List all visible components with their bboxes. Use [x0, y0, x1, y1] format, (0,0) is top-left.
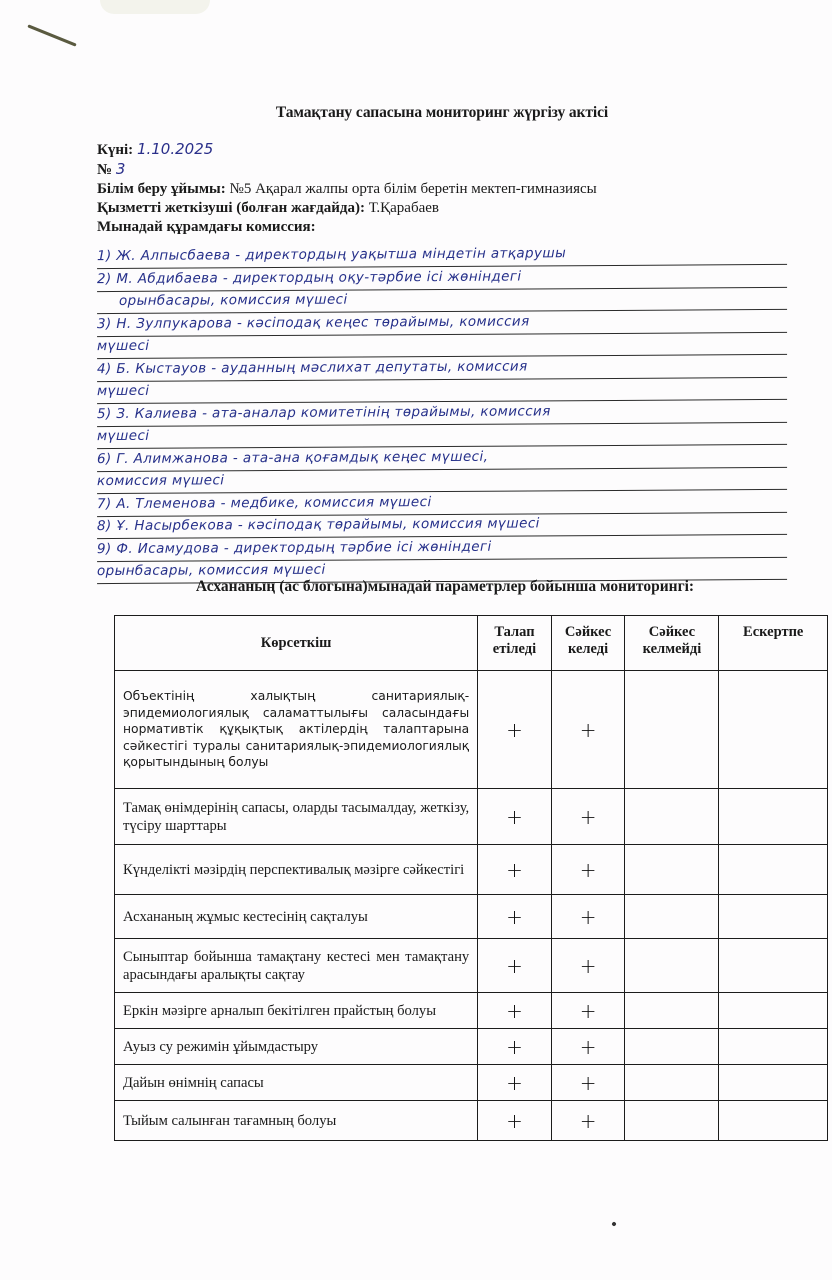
number-row: № 3 — [97, 160, 597, 180]
table-row: Асхананың жұмыс кестесінің сақталуы++ — [115, 895, 828, 939]
non-compliant-cell — [625, 845, 719, 895]
compliant-cell: + — [551, 939, 625, 993]
ink-speck — [611, 1221, 617, 1227]
commission-label: Мынадай құрамдағы комиссия: — [97, 219, 316, 235]
required-cell: + — [478, 1101, 551, 1141]
indicator-cell: Еркін мәзірге арналып бекітілген прайсты… — [115, 993, 478, 1029]
header-note: Ескертпе — [719, 616, 828, 671]
required-cell: + — [478, 789, 551, 845]
note-cell — [719, 1029, 828, 1065]
commission-list: 1) Ж. Алпысбаева - директордың уақытша м… — [97, 244, 787, 582]
non-compliant-cell — [625, 1029, 719, 1065]
indicator-cell: Тыйым салынған тағамның болуы — [115, 1101, 478, 1141]
document-meta: Күні: 1.10.2025 № 3 Білім беру ұйымы: №5… — [97, 140, 597, 237]
table-row: Тамақ өнімдерінің сапасы, оларды тасымал… — [115, 789, 828, 845]
compliant-cell: + — [551, 789, 625, 845]
indicator-cell: Тамақ өнімдерінің сапасы, оларды тасымал… — [115, 789, 478, 845]
compliant-cell: + — [551, 895, 625, 939]
non-compliant-cell — [625, 939, 719, 993]
organization-row: Білім беру ұйымы: №5 Ақарал жалпы орта б… — [97, 180, 597, 199]
note-cell — [719, 939, 828, 993]
supplier-value: Т.Қарабаев — [369, 200, 439, 216]
organization-label: Білім беру ұйымы: — [97, 181, 226, 197]
indicator-cell: Күнделікті мәзірдің перспективалық мәзір… — [115, 845, 478, 895]
date-label: Күні: — [97, 142, 133, 158]
document-title: Тамақтану сапасына мониторинг жүргізу ак… — [0, 104, 832, 122]
required-cell: + — [478, 845, 551, 895]
organization-value: №5 Ақарал жалпы орта білім беретін мекте… — [230, 181, 597, 197]
table-row: Объектінің халықтың санитариялық-эпидеми… — [115, 671, 828, 789]
compliant-cell: + — [551, 1065, 625, 1101]
date-value: 1.10.2025 — [137, 140, 213, 158]
required-cell: + — [478, 895, 551, 939]
compliant-cell: + — [551, 845, 625, 895]
note-cell — [719, 671, 828, 789]
pen-mark — [27, 24, 76, 46]
table-row: Еркін мәзірге арналып бекітілген прайсты… — [115, 993, 828, 1029]
indicator-cell: Сыныптар бойынша тамақтану кестесі мен т… — [115, 939, 478, 993]
table-header-row: Көрсеткіш Талап етіледі Сәйкес келеді Сә… — [115, 616, 828, 671]
required-cell: + — [478, 1029, 551, 1065]
compliant-cell: + — [551, 1029, 625, 1065]
header-required: Талап етіледі — [478, 616, 551, 671]
header-non-compliant: Сәйкес келмейді — [625, 616, 719, 671]
table-row: Дайын өнімнің сапасы++ — [115, 1065, 828, 1101]
non-compliant-cell — [625, 671, 719, 789]
table-row: Ауыз су режимін ұйымдастыру++ — [115, 1029, 828, 1065]
number-label: № — [97, 162, 112, 178]
header-compliant: Сәйкес келеді — [551, 616, 625, 671]
monitoring-table: Көрсеткіш Талап етіледі Сәйкес келеді Сә… — [114, 615, 828, 1141]
commission-label-row: Мынадай құрамдағы комиссия: — [97, 218, 597, 237]
non-compliant-cell — [625, 1101, 719, 1141]
compliant-cell: + — [551, 671, 625, 789]
compliant-cell: + — [551, 993, 625, 1029]
indicator-cell: Асхананың жұмыс кестесінің сақталуы — [115, 895, 478, 939]
date-row: Күні: 1.10.2025 — [97, 140, 597, 160]
note-cell — [719, 789, 828, 845]
number-value: 3 — [116, 160, 126, 178]
non-compliant-cell — [625, 1065, 719, 1101]
supplier-row: Қызметті жеткізуші (болған жағдайда): Т.… — [97, 199, 597, 218]
required-cell: + — [478, 671, 551, 789]
note-cell — [719, 845, 828, 895]
supplier-label: Қызметті жеткізуші (болған жағдайда): — [97, 200, 365, 216]
non-compliant-cell — [625, 993, 719, 1029]
non-compliant-cell — [625, 789, 719, 845]
indicator-cell: Дайын өнімнің сапасы — [115, 1065, 478, 1101]
required-cell: + — [478, 1065, 551, 1101]
note-cell — [719, 895, 828, 939]
non-compliant-cell — [625, 895, 719, 939]
table-row: Күнделікті мәзірдің перспективалық мәзір… — [115, 845, 828, 895]
table-row: Сыныптар бойынша тамақтану кестесі мен т… — [115, 939, 828, 993]
indicator-cell: Объектінің халықтың санитариялық-эпидеми… — [115, 671, 478, 789]
table-row: Тыйым салынған тағамның болуы++ — [115, 1101, 828, 1141]
required-cell: + — [478, 939, 551, 993]
required-cell: + — [478, 993, 551, 1029]
note-cell — [719, 993, 828, 1029]
monitoring-section-title: Асхананың (ас блогына)мынадай параметрле… — [0, 578, 832, 596]
indicator-cell: Ауыз су режимін ұйымдастыру — [115, 1029, 478, 1065]
note-cell — [719, 1101, 828, 1141]
header-indicator: Көрсеткіш — [115, 616, 478, 671]
note-cell — [719, 1065, 828, 1101]
compliant-cell: + — [551, 1101, 625, 1141]
paper-fold-shadow — [100, 0, 210, 14]
